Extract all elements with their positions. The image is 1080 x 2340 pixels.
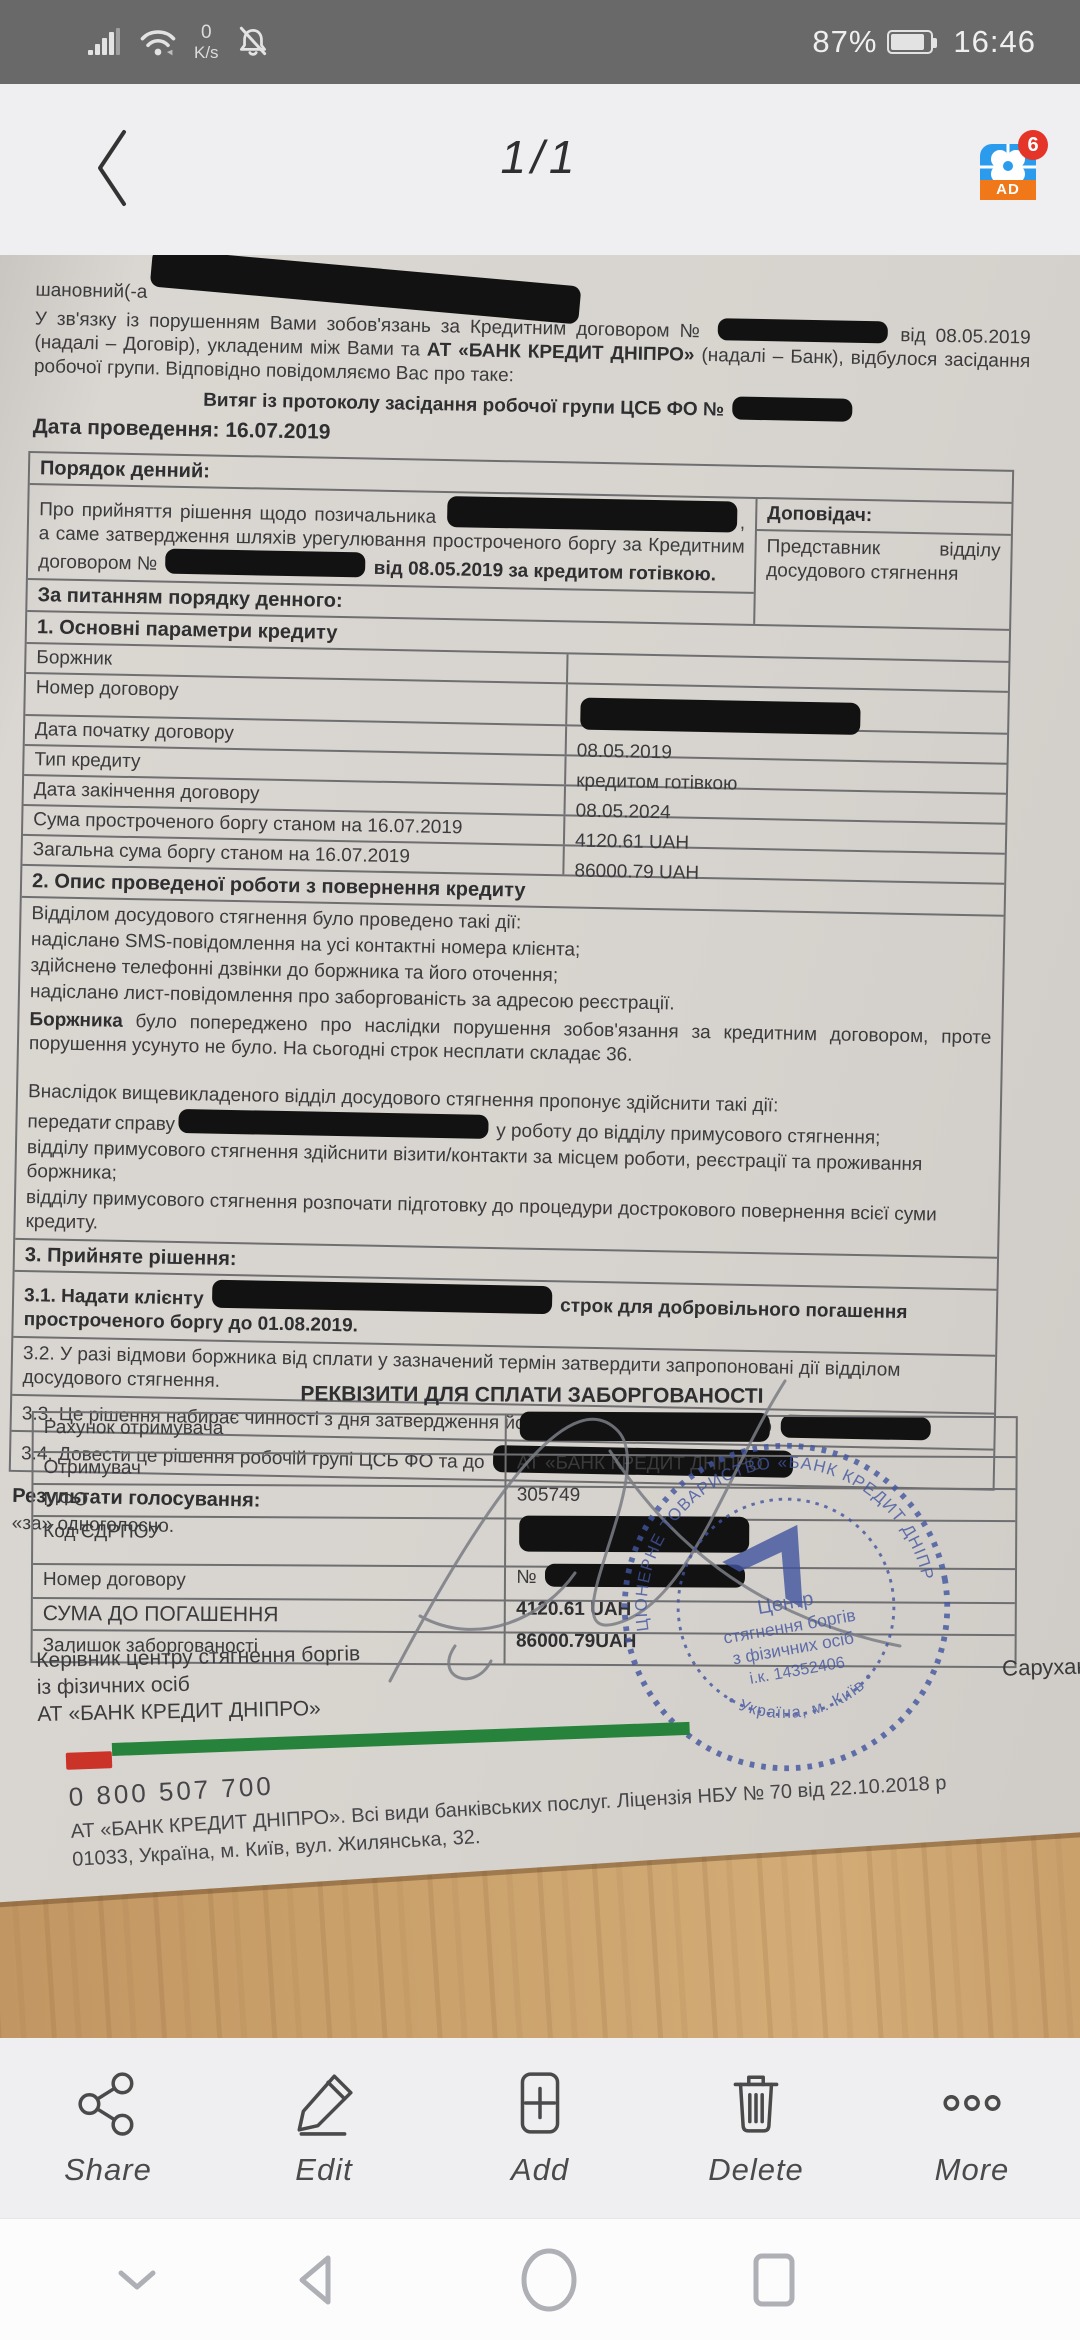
ad-label: AD <box>980 180 1036 200</box>
add-button[interactable]: Add <box>432 2038 648 2218</box>
status-bar: 0 K/s 87% 16:46 <box>0 0 1080 84</box>
redaction-mark <box>212 1279 552 1314</box>
ad-button[interactable]: AD 6 <box>980 144 1036 200</box>
work-log: Відділом досудового стягнення було прове… <box>15 895 1003 1256</box>
nav-back-button[interactable] <box>244 2219 384 2340</box>
speaker-value: Представник відділу досудового стягнення <box>756 531 1011 592</box>
network-speed: 0 K/s <box>194 23 219 61</box>
more-button[interactable]: More <box>864 2038 1080 2218</box>
clock: 16:46 <box>953 24 1036 60</box>
redaction-mark <box>165 549 365 578</box>
brand-bar-red <box>66 1751 113 1770</box>
wifi-icon <box>138 24 178 60</box>
document-page: шановний(-а У зв'язку із порушенням Вами… <box>0 255 1080 2038</box>
page-indicator: 1/1 <box>0 130 1080 184</box>
toolbar: Share Edit Add Delete <box>0 2038 1080 2218</box>
nav-recents-button[interactable] <box>704 2219 844 2340</box>
delete-icon <box>723 2070 789 2136</box>
navigation-bar <box>0 2218 1080 2340</box>
edit-icon <box>291 2070 357 2136</box>
signer-name: Саруханян А <box>1002 1653 1080 1680</box>
home-icon <box>518 2247 580 2313</box>
phone-screen: 0 K/s 87% 16:46 1/1 <box>0 0 1080 2340</box>
hide-navbar-icon <box>115 2267 159 2293</box>
photo-viewport[interactable]: шановний(-а У зв'язку із порушенням Вами… <box>0 255 1080 2038</box>
recents-icon <box>751 2251 797 2309</box>
hide-navbar-button[interactable] <box>67 2219 207 2340</box>
back-icon <box>294 2252 334 2308</box>
speaker-label: Доповідач: <box>757 499 1012 536</box>
add-icon <box>507 2070 573 2136</box>
notifications-muted-icon <box>235 24 271 60</box>
redaction-mark <box>580 697 861 735</box>
redaction-mark <box>447 496 738 532</box>
redaction-mark <box>732 396 852 421</box>
redaction-mark <box>717 318 887 344</box>
battery-percent: 87% <box>812 24 877 60</box>
viewer-header: 1/1 AD 6 <box>0 84 1080 255</box>
signer-title-lines: Керівник центру стягнення боргів із фізи… <box>36 1640 362 1728</box>
more-icon <box>939 2070 1005 2136</box>
agenda-subject: Про прийняття рішення щодо позичальника … <box>28 485 756 591</box>
edit-button[interactable]: Edit <box>216 2038 432 2218</box>
share-button[interactable]: Share <box>0 2038 216 2218</box>
delete-button[interactable]: Delete <box>648 2038 864 2218</box>
redaction-mark <box>178 1108 488 1139</box>
share-icon <box>75 2070 141 2136</box>
signal-strength-icon <box>86 24 122 60</box>
nav-home-button[interactable] <box>479 2219 619 2340</box>
battery-icon <box>887 30 933 54</box>
ad-badge: 6 <box>1018 130 1048 160</box>
